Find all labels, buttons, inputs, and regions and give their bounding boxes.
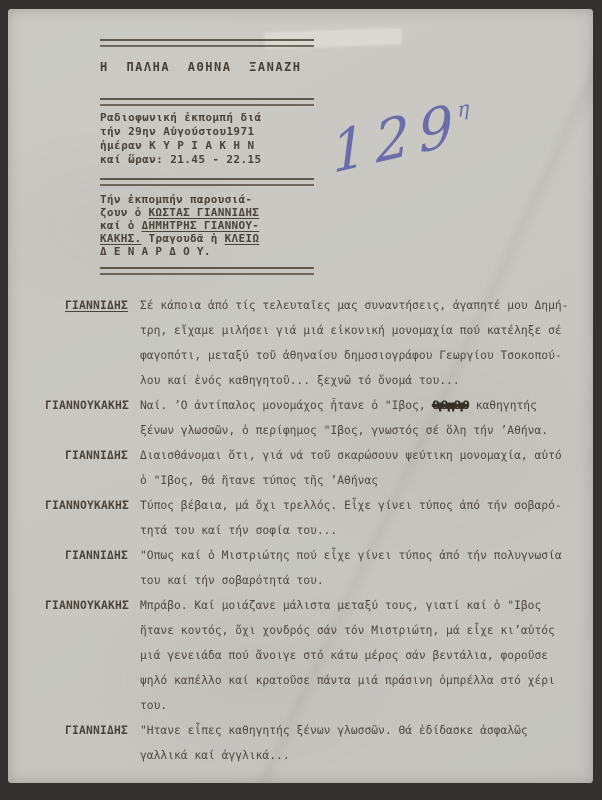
handwritten-number: 129 bbox=[330, 91, 464, 187]
text-line: Τύπος βέβαια, μά ὄχι τρελλός. Εἶχε γίνει… bbox=[140, 493, 583, 518]
speaker-label: ΓΙΑΝΝΙΔΗΣ bbox=[65, 443, 128, 468]
text-line: λου καί ἑνός καθηγητοῦ... ξεχνῶ τό ὄνομά… bbox=[140, 368, 583, 393]
text-line: μιά γενειάδα πού ἄνοιγε στό κάτω μέρος σ… bbox=[140, 643, 583, 668]
text-segment: "Ητανε εἶπες καθηγητής ξένων γλωσσῶν. Θά… bbox=[140, 724, 528, 737]
text-segment: Μπράβο. Καί μοιάζανε μάλιστα μεταξύ τους… bbox=[140, 599, 541, 612]
dialogue-text: "Οπως καί ὁ Μιστριώτης πού εἶχε γίνει τύ… bbox=[140, 543, 583, 593]
text-segment: καί ὥραν: 21.45 - 22.15 bbox=[100, 153, 262, 166]
text-line: Ναί. ’Ο ἀντίπαλος μονομάχος ἦτανε ὁ "Ιβο… bbox=[140, 393, 583, 418]
double-rule-under-broadcast bbox=[100, 178, 314, 186]
text-segment: ἤτανε κοντός, ὄχι χονδρός σάν τόν Μιστρι… bbox=[140, 624, 555, 637]
text-segment: Διαισθάνομαι ὅτι, γιά νά τοῦ σκαρώσουν ψ… bbox=[140, 449, 562, 462]
dialogue-block: ΓΙΑΝΝΟΥΚΑΚΗΣΤύπος βέβαια, μά ὄχι τρελλός… bbox=[43, 493, 583, 543]
text-segment: τρη, εἴχαμε μιλήσει γιά μιά εἰκονική μον… bbox=[140, 324, 562, 337]
broadcast-info: Ραδιοφωνική ἐκπομπή διάτήν 29ην Αὐγούστο… bbox=[100, 111, 262, 167]
text-line: φαγοπότι, μεταξύ τοῦ ἀθηναίου δημοσιογρά… bbox=[140, 343, 583, 368]
text-segment: Τήν ἐκπομπήν παρουσιά- bbox=[100, 193, 252, 206]
text-segment: Ναί. ’Ο ἀντίπαλος μονομάχος ἦτανε ὁ "Ιβο… bbox=[140, 399, 432, 412]
underlined-name: ΔΗΜΗΤΡΗΣ ΓΙΑΝΝΟΥ- bbox=[142, 219, 260, 232]
dialogue-block: ΓΙΑΝΝΟΥΚΑΚΗΣΜπράβο. Καί μοιάζανε μάλιστα… bbox=[43, 593, 583, 718]
text-segment: "Οπως καί ὁ Μιστριώτης πού εἶχε γίνει τύ… bbox=[140, 549, 562, 562]
text-line: του. bbox=[140, 693, 583, 718]
text-line: ἡμέραν Κ Υ Ρ Ι Α Κ Η Ν bbox=[100, 139, 262, 153]
text-line: του καί τήν σοβαρότητά του. bbox=[140, 568, 583, 593]
dialogue-text: Μπράβο. Καί μοιάζανε μάλιστα μεταξύ τους… bbox=[140, 593, 583, 718]
text-line: Δ Ε Ν Α Ρ Δ Ο Υ. bbox=[100, 245, 259, 258]
double-rule-under-presenters bbox=[100, 267, 314, 275]
speaker-label: ΓΙΑΝΝΟΥΚΑΚΗΣ bbox=[45, 393, 129, 418]
text-line: Σέ κάποια ἀπό τίς τελευταῖες μας συναντή… bbox=[140, 293, 583, 318]
text-segment: γαλλικά καί ἀγγλικά... bbox=[140, 749, 290, 762]
dialogue-block: ΓΙΑΝΝΙΔΗΣ"Οπως καί ὁ Μιστριώτης πού εἶχε… bbox=[43, 543, 583, 593]
text-segment: καθηγητής bbox=[469, 399, 537, 412]
text-line: "Ητανε εἶπες καθηγητής ξένων γλωσσῶν. Θά… bbox=[140, 718, 583, 743]
dialogue-block: ΓΙΑΝΝΙΔΗΣΣέ κάποια ἀπό τίς τελευταῖες μα… bbox=[43, 293, 583, 393]
text-segment: ἡμέραν Κ Υ Ρ Ι Α Κ Η Ν bbox=[100, 139, 255, 152]
show-title: Η ΠΑΛΗΑ ΑΘΗΝΑ ΞΑΝΑΖΗ bbox=[100, 59, 302, 75]
text-segment: λου καί ἑνός καθηγητοῦ... ξεχνῶ τό ὄνομά… bbox=[140, 374, 460, 387]
text-line: τρη, εἴχαμε μιλήσει γιά μιά εἰκονική μον… bbox=[140, 318, 583, 343]
text-line: ξένων γλωσσῶν, ὁ περίφημος "Ιβος, γνωστό… bbox=[140, 418, 583, 443]
struck-text: θφθφφθφθ bbox=[432, 399, 468, 412]
text-segment: τητά του καί τήν σοφία του... bbox=[140, 524, 337, 537]
speaker-label: ΓΙΑΝΝΟΥΚΑΚΗΣ bbox=[45, 593, 129, 618]
dialogue-text: Σέ κάποια ἀπό τίς τελευταῖες μας συναντή… bbox=[140, 293, 583, 393]
scanned-page: Η ΠΑΛΗΑ ΑΘΗΝΑ ΞΑΝΑΖΗ Ραδιοφωνική ἐκπομπή… bbox=[8, 9, 593, 783]
text-line: τητά του καί τήν σοφία του... bbox=[140, 518, 583, 543]
dialogue-block: ΓΙΑΝΝΙΔΗΣΔιαισθάνομαι ὅτι, γιά νά τοῦ σκ… bbox=[43, 443, 583, 493]
double-rule-under-title bbox=[100, 98, 314, 106]
text-line: ζουν ὁ ΚΩΣΤΑΣ ΓΙΑΝΝΙΔΗΣ bbox=[100, 206, 259, 219]
text-segment: φαγοπότι, μεταξύ τοῦ ἀθηναίου δημοσιογρά… bbox=[140, 349, 562, 362]
text-segment: ψηλό καπέλλο καί κρατοῦσε πάντα μιά πράσ… bbox=[140, 674, 555, 687]
text-segment: Τραγουδᾶ ἡ bbox=[142, 232, 225, 245]
text-line: καί ὥραν: 21.45 - 22.15 bbox=[100, 153, 262, 167]
text-segment: ὁ "Ιβος, θά ἤτανε τύπος τῆς ’Αθήνας bbox=[140, 474, 378, 487]
scan-frame: { "document": { "title": "Η ΠΑΛΗΑ ΑΘΗΝΑ … bbox=[0, 0, 602, 800]
double-rule-top bbox=[100, 39, 314, 47]
speaker-label: ΓΙΑΝΝΙΔΗΣ bbox=[65, 543, 128, 568]
dialogue-area: ΓΙΑΝΝΙΔΗΣΣέ κάποια ἀπό τίς τελευταῖες μα… bbox=[43, 293, 583, 768]
text-line: Ραδιοφωνική ἐκπομπή διά bbox=[100, 111, 262, 125]
text-segment: Δ Ε Ν Α Ρ Δ Ο Υ. bbox=[100, 245, 211, 258]
text-segment: του καί τήν σοβαρότητά του. bbox=[140, 574, 324, 587]
text-segment: Τύπος βέβαια, μά ὄχι τρελλός. Εἶχε γίνει… bbox=[140, 499, 562, 512]
dialogue-text: Διαισθάνομαι ὅτι, γιά νά τοῦ σκαρώσουν ψ… bbox=[140, 443, 583, 493]
text-segment: ζουν ὁ bbox=[100, 206, 148, 219]
handwritten-superscript: η bbox=[457, 96, 470, 123]
text-segment: τήν 29ην Αὐγούστου1971 bbox=[100, 125, 255, 138]
dialogue-block: ΓΙΑΝΝΙΔΗΣ"Ητανε εἶπες καθηγητής ξένων γλ… bbox=[43, 718, 583, 768]
text-segment: Ραδιοφωνική ἐκπομπή διά bbox=[100, 111, 262, 124]
underlined-name: ΚΑΚΗΣ. bbox=[100, 232, 142, 245]
underlined-name: ΚΛΕΙΩ bbox=[225, 232, 260, 245]
speaker-label: ΓΙΑΝΝΟΥΚΑΚΗΣ bbox=[45, 493, 129, 518]
handwritten-page-number: 129η bbox=[330, 88, 476, 187]
speaker-label: ΓΙΑΝΝΙΔΗΣ bbox=[65, 293, 128, 318]
text-line: Τήν ἐκπομπήν παρουσιά- bbox=[100, 193, 259, 206]
text-line: ψηλό καπέλλο καί κρατοῦσε πάντα μιά πράσ… bbox=[140, 668, 583, 693]
presenters-info: Τήν ἐκπομπήν παρουσιά-ζουν ὁ ΚΩΣΤΑΣ ΓΙΑΝ… bbox=[100, 193, 259, 258]
text-segment: Σέ κάποια ἀπό τίς τελευταῖες μας συναντή… bbox=[140, 299, 568, 312]
dialogue-text: Τύπος βέβαια, μά ὄχι τρελλός. Εἶχε γίνει… bbox=[140, 493, 583, 543]
text-line: Μπράβο. Καί μοιάζανε μάλιστα μεταξύ τους… bbox=[140, 593, 583, 618]
text-line: ὁ "Ιβος, θά ἤτανε τύπος τῆς ’Αθήνας bbox=[140, 468, 583, 493]
dialogue-text: "Ητανε εἶπες καθηγητής ξένων γλωσσῶν. Θά… bbox=[140, 718, 583, 768]
underlined-name: ΚΩΣΤΑΣ ΓΙΑΝΝΙΔΗΣ bbox=[148, 206, 259, 219]
text-segment: ξένων γλωσσῶν, ὁ περίφημος "Ιβος, γνωστό… bbox=[140, 424, 548, 437]
text-line: ἤτανε κοντός, ὄχι χονδρός σάν τόν Μιστρι… bbox=[140, 618, 583, 643]
text-line: ΚΑΚΗΣ. Τραγουδᾶ ἡ ΚΛΕΙΩ bbox=[100, 232, 259, 245]
text-line: καί ὁ ΔΗΜΗΤΡΗΣ ΓΙΑΝΝΟΥ- bbox=[100, 219, 259, 232]
text-line: "Οπως καί ὁ Μιστριώτης πού εἶχε γίνει τύ… bbox=[140, 543, 583, 568]
text-line: τήν 29ην Αὐγούστου1971 bbox=[100, 125, 262, 139]
text-segment: καί ὁ bbox=[100, 219, 142, 232]
text-segment: του. bbox=[140, 699, 167, 712]
text-line: γαλλικά καί ἀγγλικά... bbox=[140, 743, 583, 768]
dialogue-block: ΓΙΑΝΝΟΥΚΑΚΗΣΝαί. ’Ο ἀντίπαλος μονομάχος … bbox=[43, 393, 583, 443]
text-line: Διαισθάνομαι ὅτι, γιά νά τοῦ σκαρώσουν ψ… bbox=[140, 443, 583, 468]
dialogue-text: Ναί. ’Ο ἀντίπαλος μονομάχος ἦτανε ὁ "Ιβο… bbox=[140, 393, 583, 443]
text-segment: μιά γενειάδα πού ἄνοιγε στό κάτω μέρος σ… bbox=[140, 649, 548, 662]
speaker-label: ΓΙΑΝΝΙΔΗΣ bbox=[65, 718, 128, 743]
